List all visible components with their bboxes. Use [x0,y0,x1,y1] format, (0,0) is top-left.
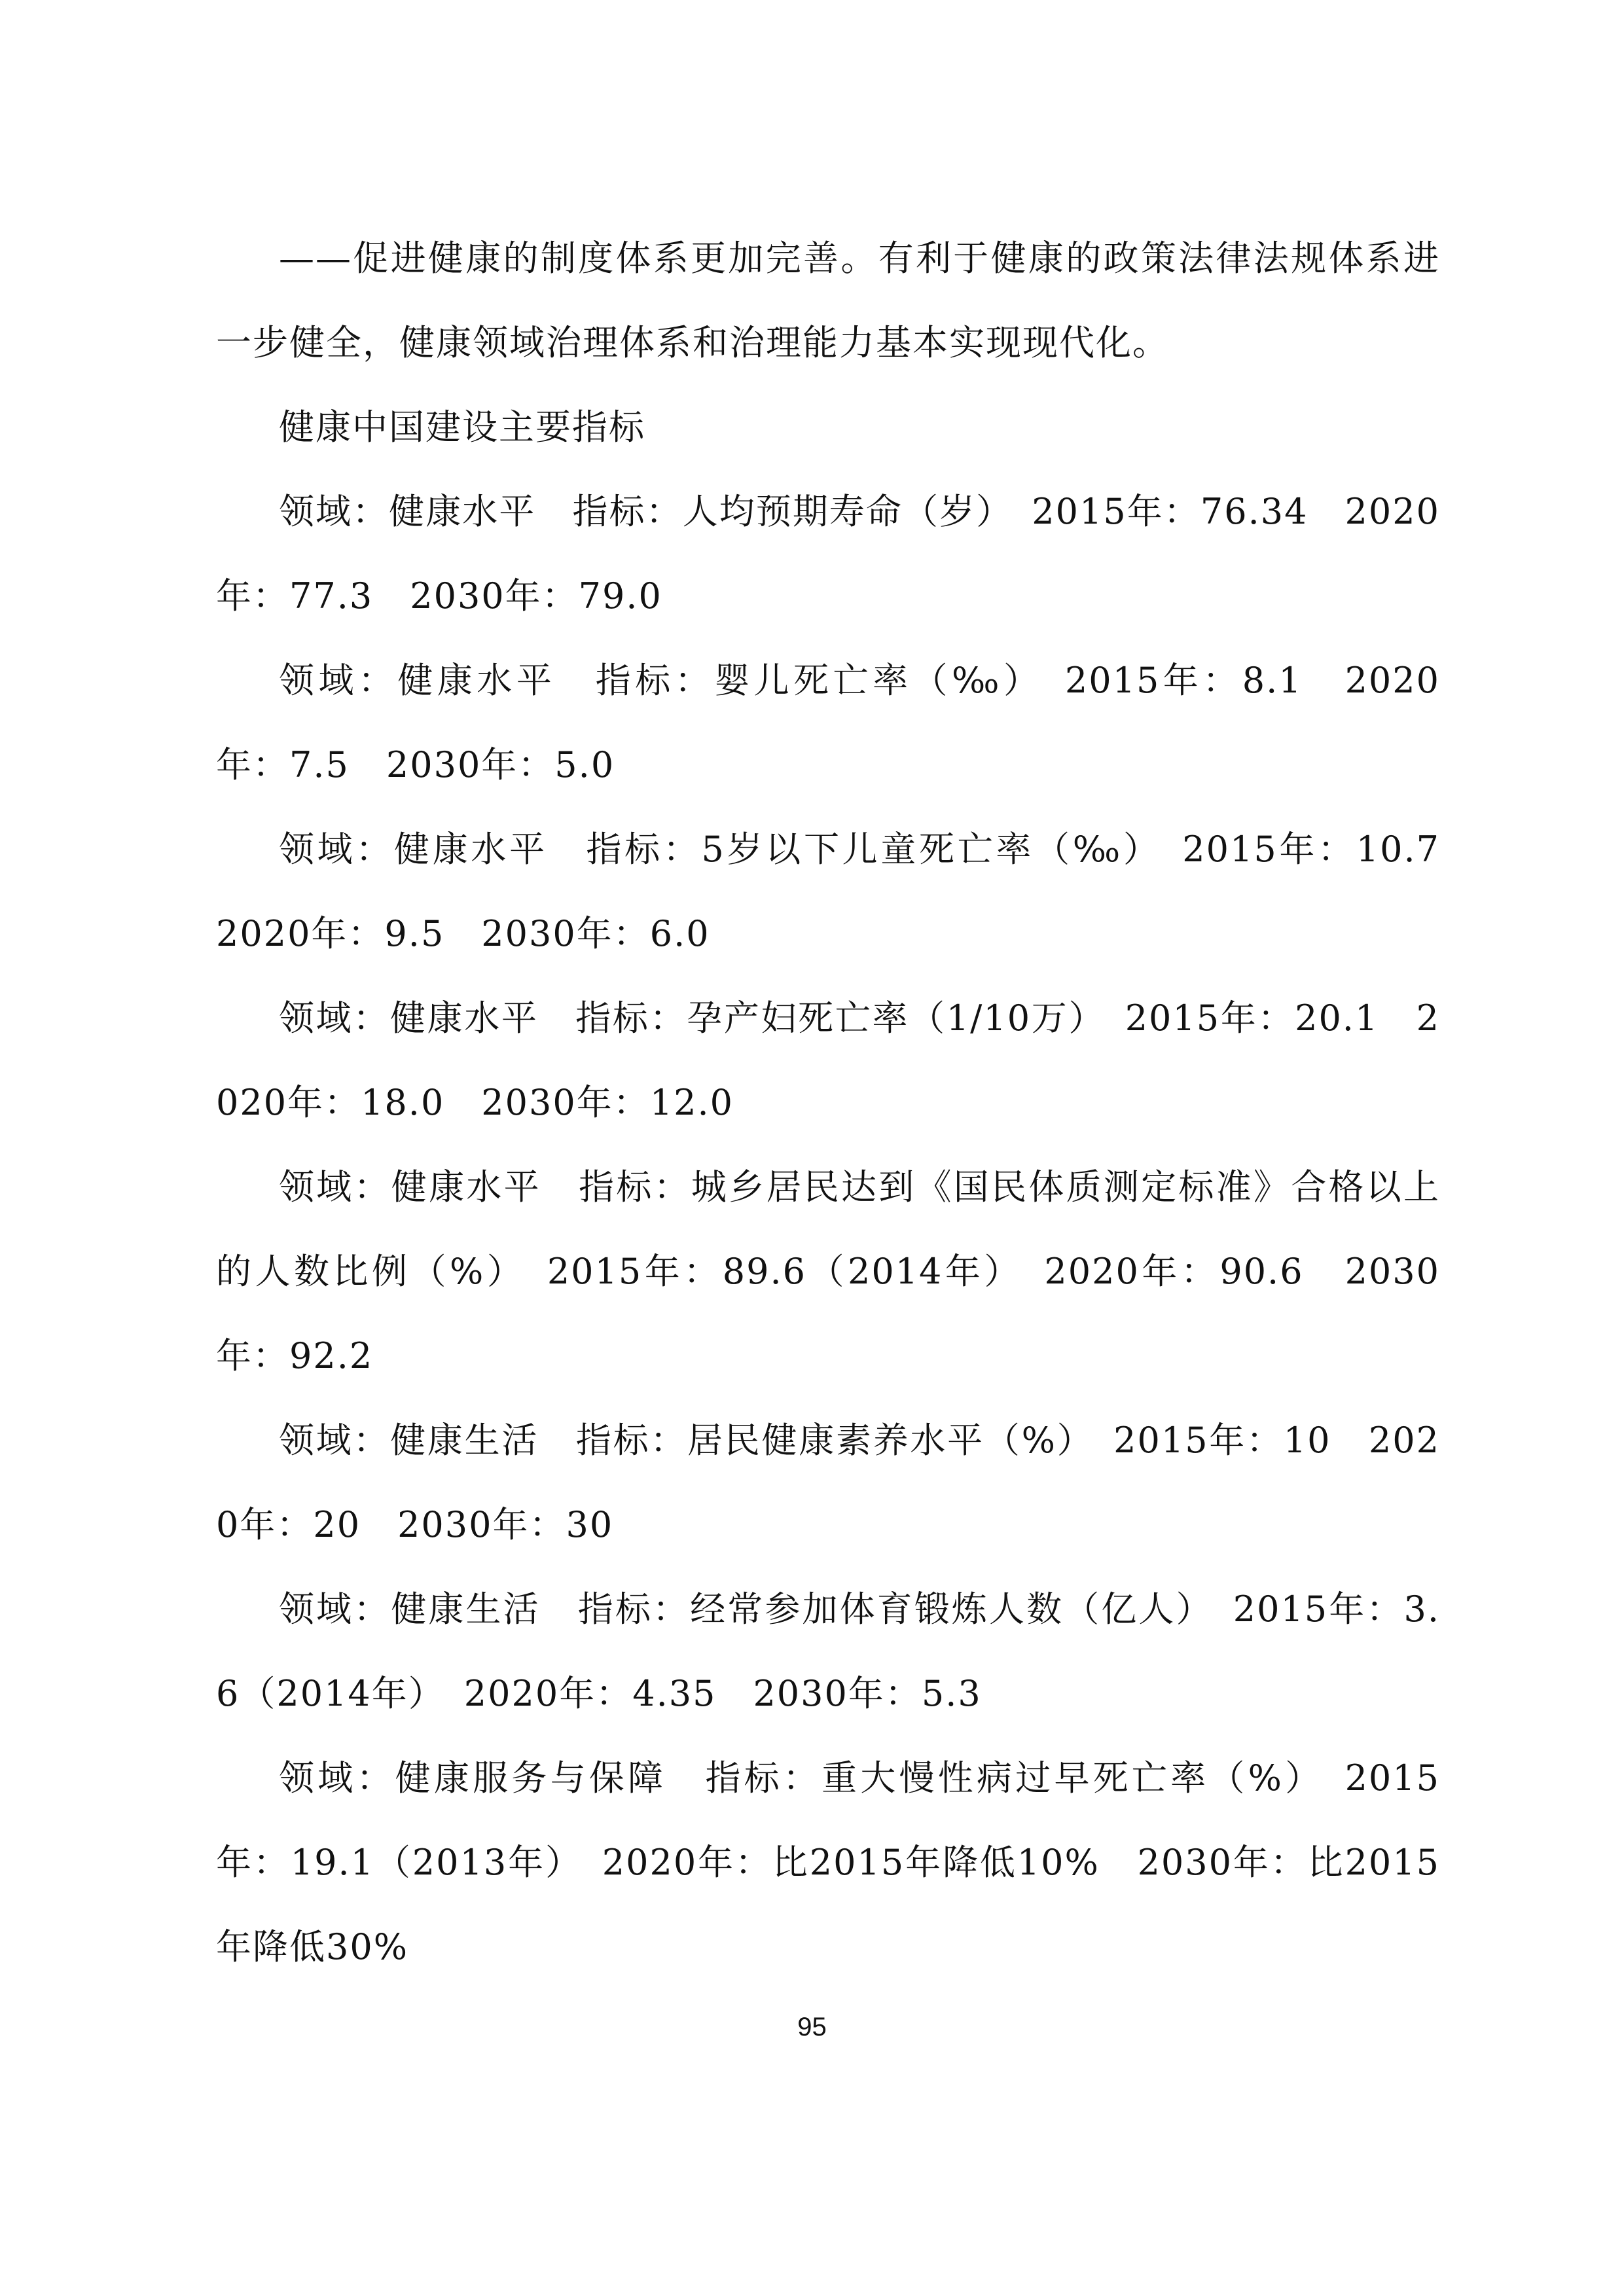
paragraph-institutional-system: ——促进健康的制度体系更加完善。有利于健康的政策法律法规体系进一步健全，健康领域… [216,216,1440,385]
indicators-title: 健康中国建设主要指标 [216,385,1440,469]
indicator-health-literacy: 领域：健康生活 指标：居民健康素养水平（%） 2015年：10 2020年：20… [216,1398,1440,1567]
indicator-under5-mortality: 领域：健康水平 指标：5岁以下儿童死亡率（‰） 2015年：10.7 2020年… [216,807,1440,976]
indicator-exercise-participation: 领域：健康生活 指标：经常参加体育锻炼人数（亿人） 2015年：3.6（2014… [216,1567,1440,1736]
indicator-maternal-mortality: 领域：健康水平 指标：孕产妇死亡率（1/10万） 2015年：20.1 2020… [216,976,1440,1145]
indicator-chronic-disease-mortality: 领域：健康服务与保障 指标：重大慢性病过早死亡率（%） 2015年：19.1（2… [216,1736,1440,1989]
page-number: 95 [0,2013,1624,2042]
indicator-physical-fitness: 领域：健康水平 指标：城乡居民达到《国民体质测定标准》合格以上的人数比例（%） … [216,1145,1440,1398]
document-body: ——促进健康的制度体系更加完善。有利于健康的政策法律法规体系进一步健全，健康领域… [216,216,1440,1989]
indicator-infant-mortality: 领域：健康水平 指标：婴儿死亡率（‰） 2015年：8.1 2020年：7.5 … [216,638,1440,807]
indicator-life-expectancy: 领域：健康水平 指标：人均预期寿命（岁） 2015年：76.34 2020年：7… [216,469,1440,638]
